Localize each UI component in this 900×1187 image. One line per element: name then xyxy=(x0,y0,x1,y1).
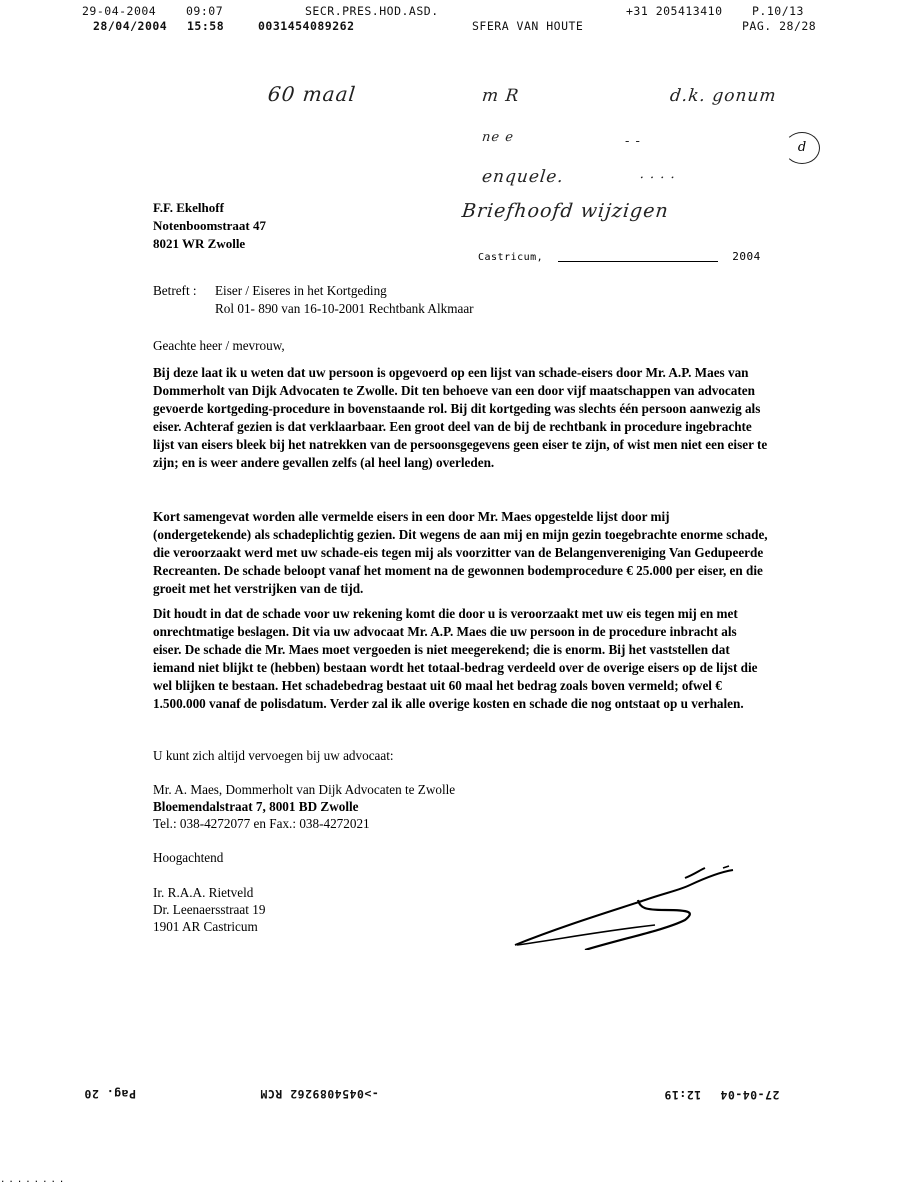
paragraph-2: Kort samengevat worden alle vermelde eis… xyxy=(153,508,768,598)
fax-footer-number: ->0454089262 RCM xyxy=(260,1087,379,1101)
signature-icon xyxy=(505,850,745,950)
circled-mark-icon: d xyxy=(784,132,820,164)
place-label: Castricum, xyxy=(478,252,543,263)
advocate-address: Bloemendalstraat 7, 8001 BD Zwolle xyxy=(153,798,455,815)
handwritten-note-enquele: enquele. xyxy=(481,167,565,187)
closing: Hoogachtend xyxy=(153,849,223,867)
recipient-address: F.F. Ekelhoff Notenboomstraat 47 8021 WR… xyxy=(153,199,266,253)
advocate-contact: Tel.: 038-4272077 en Fax.: 038-4272021 xyxy=(153,815,455,832)
fax-header-sender-1: SECR.PRES.HOD.ASD. xyxy=(305,4,439,18)
fax-header-date-1: 29-04-2004 xyxy=(82,4,156,18)
recipient-street: Notenboomstraat 47 xyxy=(153,217,266,235)
place-date: Castricum, 2004 xyxy=(478,250,761,263)
fax-footer-time: 12:19 xyxy=(664,1088,701,1102)
recipient-city: 8021 WR Zwolle xyxy=(153,235,266,253)
fax-header-page-2: PAG. 28/28 xyxy=(742,19,816,33)
fax-header-time-1: 09:07 xyxy=(186,4,223,18)
subject-line-1: Eiser / Eiseres in het Kortgeding xyxy=(215,283,387,298)
date-year: 2004 xyxy=(732,250,761,263)
fax-footer-date: 27-04-04 xyxy=(720,1088,779,1102)
fax-footer-page: Pag. 20 xyxy=(84,1087,136,1101)
sender-street: Dr. Leenaersstraat 19 xyxy=(153,901,265,918)
advocate-name: Mr. A. Maes, Dommerholt van Dijk Advocat… xyxy=(153,781,455,798)
handwritten-note-briefhoofd: Briefhoofd wijzigen xyxy=(461,200,670,222)
fax-header-number: 0031454089262 xyxy=(258,19,355,33)
paragraph-3-text: Dit houdt in dat de schade voor uw reken… xyxy=(153,605,768,714)
subject-block: Betreft :Eiser / Eiseres in het Kortgedi… xyxy=(153,282,474,318)
paragraph-3: Dit houdt in dat de schade voor uw reken… xyxy=(153,605,768,714)
advocate-block: Mr. A. Maes, Dommerholt van Dijk Advocat… xyxy=(153,781,455,832)
sender-block: Ir. R.A.A. Rietveld Dr. Leenaersstraat 1… xyxy=(153,884,265,935)
sender-city: 1901 AR Castricum xyxy=(153,918,265,935)
subject-line-2: Rol 01- 890 van 16-10-2001 Rechtbank Alk… xyxy=(215,301,474,316)
advocate-intro: U kunt zich altijd vervoegen bij uw advo… xyxy=(153,747,394,765)
fax-header-page-1: P.10/13 xyxy=(752,4,804,18)
handwritten-note-60-maal: 60 maal xyxy=(267,82,358,106)
paragraph-1: Bij deze laat ik u weten dat uw persoon … xyxy=(153,364,768,473)
handwritten-note-dots: . . . . xyxy=(639,167,677,182)
handwritten-note-mr: m R xyxy=(481,86,520,106)
recipient-name: F.F. Ekelhoff xyxy=(153,199,266,217)
date-blank-line xyxy=(558,261,718,262)
handwritten-note-gonum: d.k. gonum xyxy=(669,86,778,106)
handwritten-note-dashes: - - xyxy=(624,134,641,149)
salutation: Geachte heer / mevrouw, xyxy=(153,337,285,355)
trailing-dots: ........ xyxy=(0,1175,67,1185)
fax-header-sender-2: SFERA VAN HOUTE xyxy=(472,19,583,33)
paragraph-2-text: Kort samengevat worden alle vermelde eis… xyxy=(153,508,768,598)
subject-label: Betreft : xyxy=(153,282,215,300)
handwritten-note-ne: ne e xyxy=(481,130,514,145)
fax-header-phone: +31 205413410 xyxy=(626,4,723,18)
fax-header-time-2: 15:58 xyxy=(187,19,224,33)
sender-name: Ir. R.A.A. Rietveld xyxy=(153,884,265,901)
paragraph-1-text: Bij deze laat ik u weten dat uw persoon … xyxy=(153,364,768,473)
fax-header-date-2: 28/04/2004 xyxy=(93,19,167,33)
